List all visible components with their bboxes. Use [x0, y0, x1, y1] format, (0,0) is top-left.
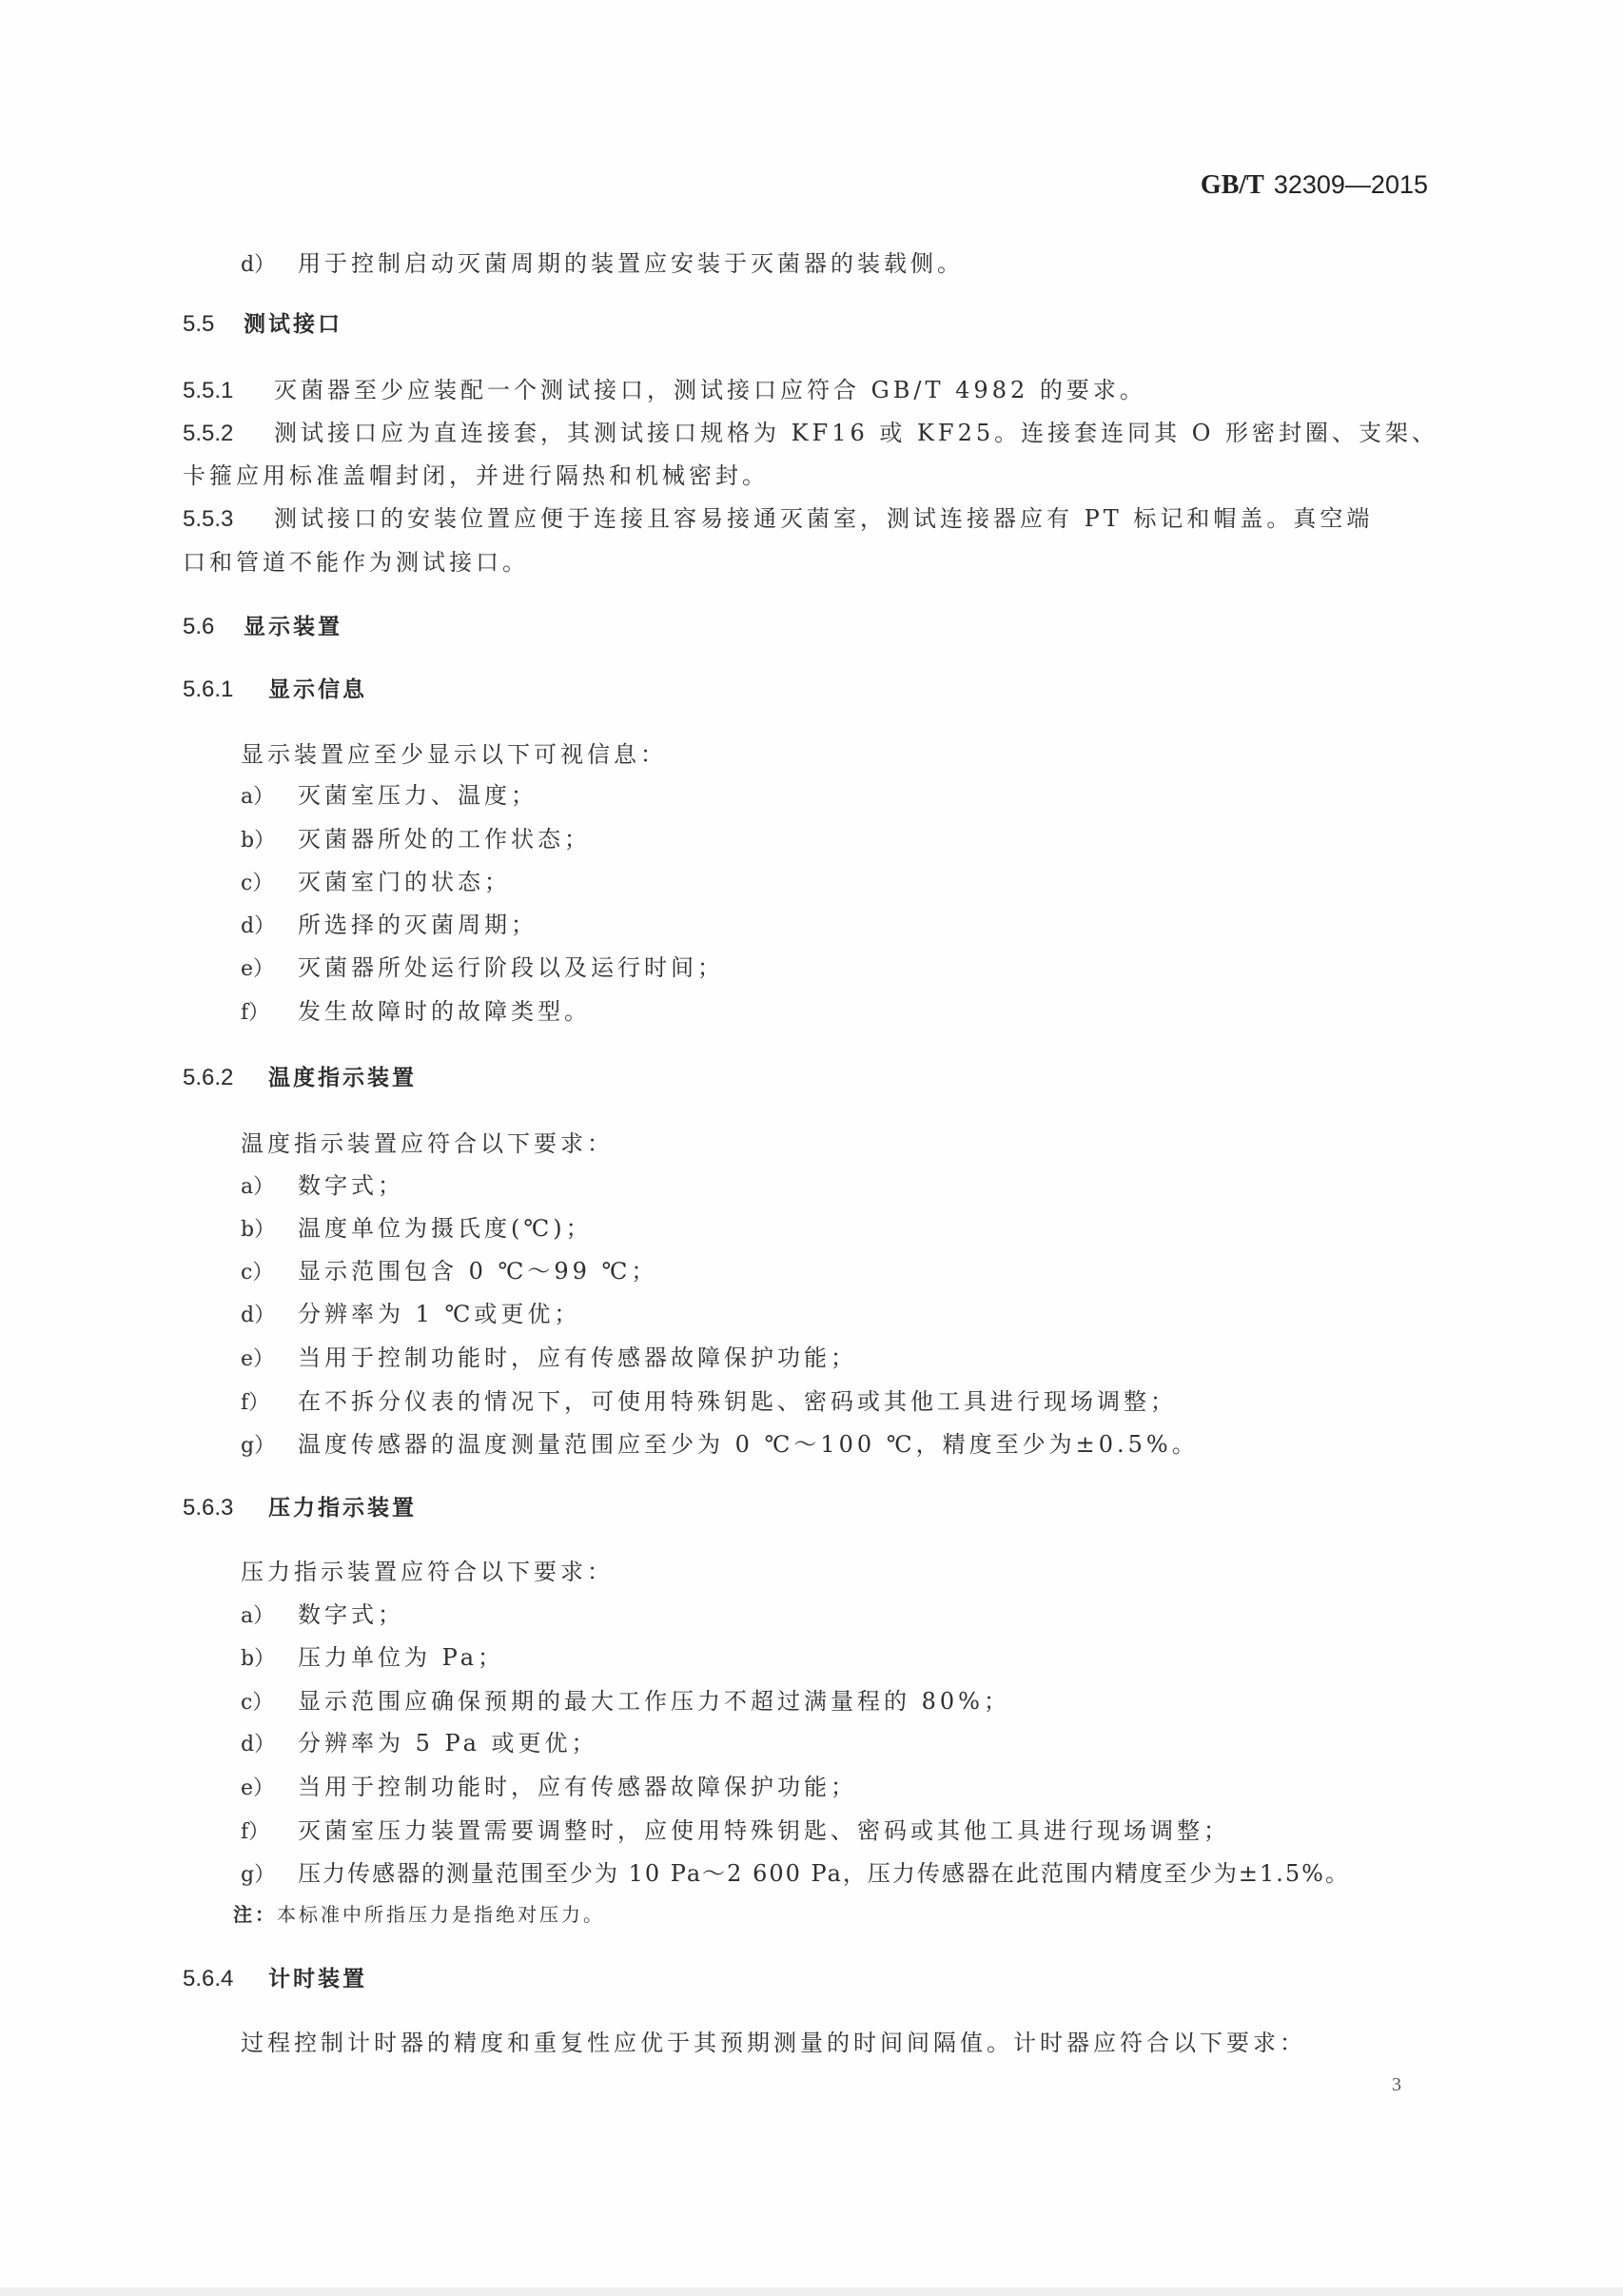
list-item: e）灭菌器所处运行阶段以及运行时间；	[241, 953, 724, 984]
paragraph-text: 显示装置应至少显示以下可视信息：	[241, 741, 667, 768]
item-label: e）	[241, 1345, 298, 1374]
item-text: 显示范围应确保预期的最大工作压力不超过满量程的 80%；	[298, 1688, 1010, 1715]
paragraph: 压力指示装置应符合以下要求：	[241, 1558, 614, 1586]
section-heading-5-5: 5.5测试接口	[183, 310, 342, 339]
note-label: 注：	[233, 1903, 277, 1926]
list-item: c）显示范围包含 0 ℃～99 ℃；	[241, 1257, 657, 1287]
subsection-heading-5-6-4: 5.6.4计时装置	[183, 1965, 367, 1993]
viewer-bottom-edge	[0, 2287, 1623, 2296]
subsection-title: 温度指示装置	[268, 1066, 417, 1090]
clause-5-5-3: 5.5.3测试接口的安装位置应便于连接且容易接通灭菌室，测试连接器应有 PT 标…	[183, 504, 1373, 534]
subsection-number: 5.6.3	[183, 1494, 268, 1522]
paragraph-text: 温度指示装置应符合以下要求：	[241, 1130, 614, 1157]
subsection-number: 5.6.1	[183, 676, 268, 704]
list-item: e）当用于控制功能时，应有传感器故障保护功能；	[241, 1344, 857, 1374]
item-text: 数字式；	[298, 1601, 404, 1628]
subsection-title: 压力指示装置	[268, 1496, 417, 1521]
section-heading-5-6: 5.6显示装置	[183, 613, 342, 641]
item-text: 在不拆分仪表的情况下，可使用特殊钥匙、密码或其他工具进行现场调整；	[298, 1388, 1177, 1415]
item-text: 显示范围包含 0 ℃～99 ℃；	[298, 1258, 657, 1285]
list-item: b）压力单位为 Pa；	[241, 1643, 504, 1674]
item-label: e）	[241, 955, 298, 984]
paragraph-text: 压力指示装置应符合以下要求：	[241, 1559, 614, 1585]
item-label: b）	[241, 827, 298, 855]
section-title: 显示装置	[244, 615, 342, 639]
item-label: d）	[241, 913, 298, 941]
paragraph-text: 过程控制计时器的精度和重复性应优于其预期测量的时间间隔值。计时器应符合以下要求：	[241, 2030, 1306, 2056]
document-page: GB/T32309—2015 d）用于控制启动灭菌周期的装置应安装于灭菌器的装载…	[0, 0, 1623, 2287]
subsection-number: 5.6.4	[183, 1965, 268, 1993]
paragraph: 显示装置应至少显示以下可视信息：	[241, 740, 667, 769]
item-label: b）	[241, 1216, 298, 1245]
item-text: 灭菌室门的状态；	[298, 869, 511, 895]
item-label: a）	[241, 1602, 298, 1631]
item-text: 温度传感器的温度测量范围应至少为 0 ℃～100 ℃，精度至少为±0.5%。	[298, 1431, 1199, 1458]
item-text: 用于控制启动灭菌周期的装置应安装于灭菌器的装载侧。	[298, 250, 964, 277]
clause-continuation: 口和管道不能作为测试接口。	[183, 548, 529, 577]
paragraph: 温度指示装置应符合以下要求：	[241, 1129, 614, 1158]
list-item: f）在不拆分仪表的情况下，可使用特殊钥匙、密码或其他工具进行现场调整；	[241, 1387, 1177, 1418]
list-item: d）分辨率为 1 ℃或更优；	[241, 1300, 580, 1330]
item-label: b）	[241, 1645, 298, 1674]
clause-number: 5.5.1	[183, 377, 274, 405]
note-text: 本标准中所指压力是指绝对压力。	[277, 1903, 605, 1926]
item-text: 压力单位为 Pa；	[298, 1644, 504, 1671]
clause-continuation: 卡箍应用标准盖帽封闭，并进行隔热和机械密封。	[183, 461, 769, 490]
item-label: f）	[241, 999, 298, 1028]
subsection-heading-5-6-1: 5.6.1显示信息	[183, 676, 367, 704]
section-title: 测试接口	[244, 312, 342, 337]
list-item: c）灭菌室门的状态；	[241, 868, 511, 898]
clause-number: 5.5.3	[183, 505, 274, 534]
item-label: e）	[241, 1775, 298, 1803]
list-item: d）分辨率为 5 Pa 或更优；	[241, 1729, 598, 1759]
item-text: 数字式；	[298, 1172, 404, 1199]
clause-number: 5.5.2	[183, 420, 274, 448]
list-item: f）灭菌室压力装置需要调整时，应使用特殊钥匙、密码或其他工具进行现场调整；	[241, 1816, 1230, 1847]
list-item: a）数字式；	[241, 1171, 404, 1202]
item-label: c）	[241, 1259, 298, 1287]
standard-number: 32309—2015	[1274, 170, 1428, 199]
list-item: d）所选择的灭菌周期；	[241, 911, 538, 941]
item-label: c）	[241, 1689, 298, 1717]
list-item: a）数字式；	[241, 1600, 404, 1631]
item-label: f）	[241, 1389, 298, 1418]
clause-5-5-2: 5.5.2测试接口应为直连接套，其测试接口规格为 KF16 或 KF25。连接套…	[183, 419, 1438, 448]
item-label: f）	[241, 1818, 298, 1847]
clause-5-5-1: 5.5.1灭菌器至少应装配一个测试接口，测试接口应符合 GB/T 4982 的要…	[183, 376, 1146, 405]
clause-text: 测试接口应为直连接套，其测试接口规格为 KF16 或 KF25。连接套连同其 O…	[274, 420, 1438, 446]
list-item: b）温度单位为摄氏度(℃)；	[241, 1214, 593, 1245]
subsection-heading-5-6-3: 5.6.3压力指示装置	[183, 1494, 417, 1522]
paragraph: 过程控制计时器的精度和重复性应优于其预期测量的时间间隔值。计时器应符合以下要求：	[241, 2029, 1306, 2057]
clause-text: 卡箍应用标准盖帽封闭，并进行隔热和机械密封。	[183, 462, 769, 489]
section-number: 5.6	[183, 613, 244, 641]
item-text: 当用于控制功能时，应有传感器故障保护功能；	[298, 1344, 857, 1371]
list-item: g）压力传感器的测量范围至少为 10 Pa～2 600 Pa，压力传感器在此范围…	[241, 1859, 1350, 1890]
standard-prefix: GB/T	[1201, 170, 1264, 200]
item-label: g）	[241, 1432, 298, 1461]
subsection-title: 计时装置	[268, 1967, 367, 1992]
item-text: 灭菌器所处的工作状态；	[298, 826, 591, 853]
subsection-title: 显示信息	[268, 677, 367, 702]
item-text: 当用于控制功能时，应有传感器故障保护功能；	[298, 1774, 857, 1800]
item-label: g）	[241, 1861, 298, 1890]
list-item: e）当用于控制功能时，应有传感器故障保护功能；	[241, 1773, 857, 1803]
item-text: 压力传感器的测量范围至少为 10 Pa～2 600 Pa，压力传感器在此范围内精…	[298, 1860, 1350, 1887]
note: 注：本标准中所指压力是指绝对压力。	[233, 1902, 605, 1927]
item-label: d）	[241, 1731, 298, 1759]
item-label: a）	[241, 783, 298, 812]
item-label: c）	[241, 870, 298, 898]
clause-text: 口和管道不能作为测试接口。	[183, 549, 529, 576]
subsection-number: 5.6.2	[183, 1064, 268, 1092]
list-item: c）显示范围应确保预期的最大工作压力不超过满量程的 80%；	[241, 1687, 1010, 1717]
item-text: 灭菌器所处运行阶段以及运行时间；	[298, 954, 724, 981]
list-item: d）用于控制启动灭菌周期的装置应安装于灭菌器的装载侧。	[241, 249, 964, 280]
item-text: 发生故障时的故障类型。	[298, 998, 591, 1025]
item-text: 温度单位为摄氏度(℃)；	[298, 1215, 593, 1242]
list-item: f）发生故障时的故障类型。	[241, 997, 591, 1028]
item-label: d）	[241, 251, 298, 280]
list-item: a）灭菌室压力、温度；	[241, 781, 538, 812]
item-text: 分辨率为 5 Pa 或更优；	[298, 1730, 598, 1756]
item-text: 分辨率为 1 ℃或更优；	[298, 1301, 580, 1327]
item-text: 灭菌室压力、温度；	[298, 782, 538, 809]
list-item: g）温度传感器的温度测量范围应至少为 0 ℃～100 ℃，精度至少为±0.5%。	[241, 1430, 1199, 1461]
clause-text: 灭菌器至少应装配一个测试接口，测试接口应符合 GB/T 4982 的要求。	[274, 377, 1146, 403]
item-label: d）	[241, 1302, 298, 1330]
item-text: 所选择的灭菌周期；	[298, 912, 538, 938]
item-text: 灭菌室压力装置需要调整时，应使用特殊钥匙、密码或其他工具进行现场调整；	[298, 1817, 1230, 1844]
page-number: 3	[1392, 2074, 1401, 2096]
section-number: 5.5	[183, 310, 244, 339]
item-label: a）	[241, 1173, 298, 1202]
list-item: b）灭菌器所处的工作状态；	[241, 825, 591, 855]
standard-code-header: GB/T32309—2015	[1201, 169, 1428, 201]
subsection-heading-5-6-2: 5.6.2温度指示装置	[183, 1064, 417, 1092]
clause-text: 测试接口的安装位置应便于连接且容易接通灭菌室，测试连接器应有 PT 标记和帽盖。…	[274, 505, 1373, 532]
